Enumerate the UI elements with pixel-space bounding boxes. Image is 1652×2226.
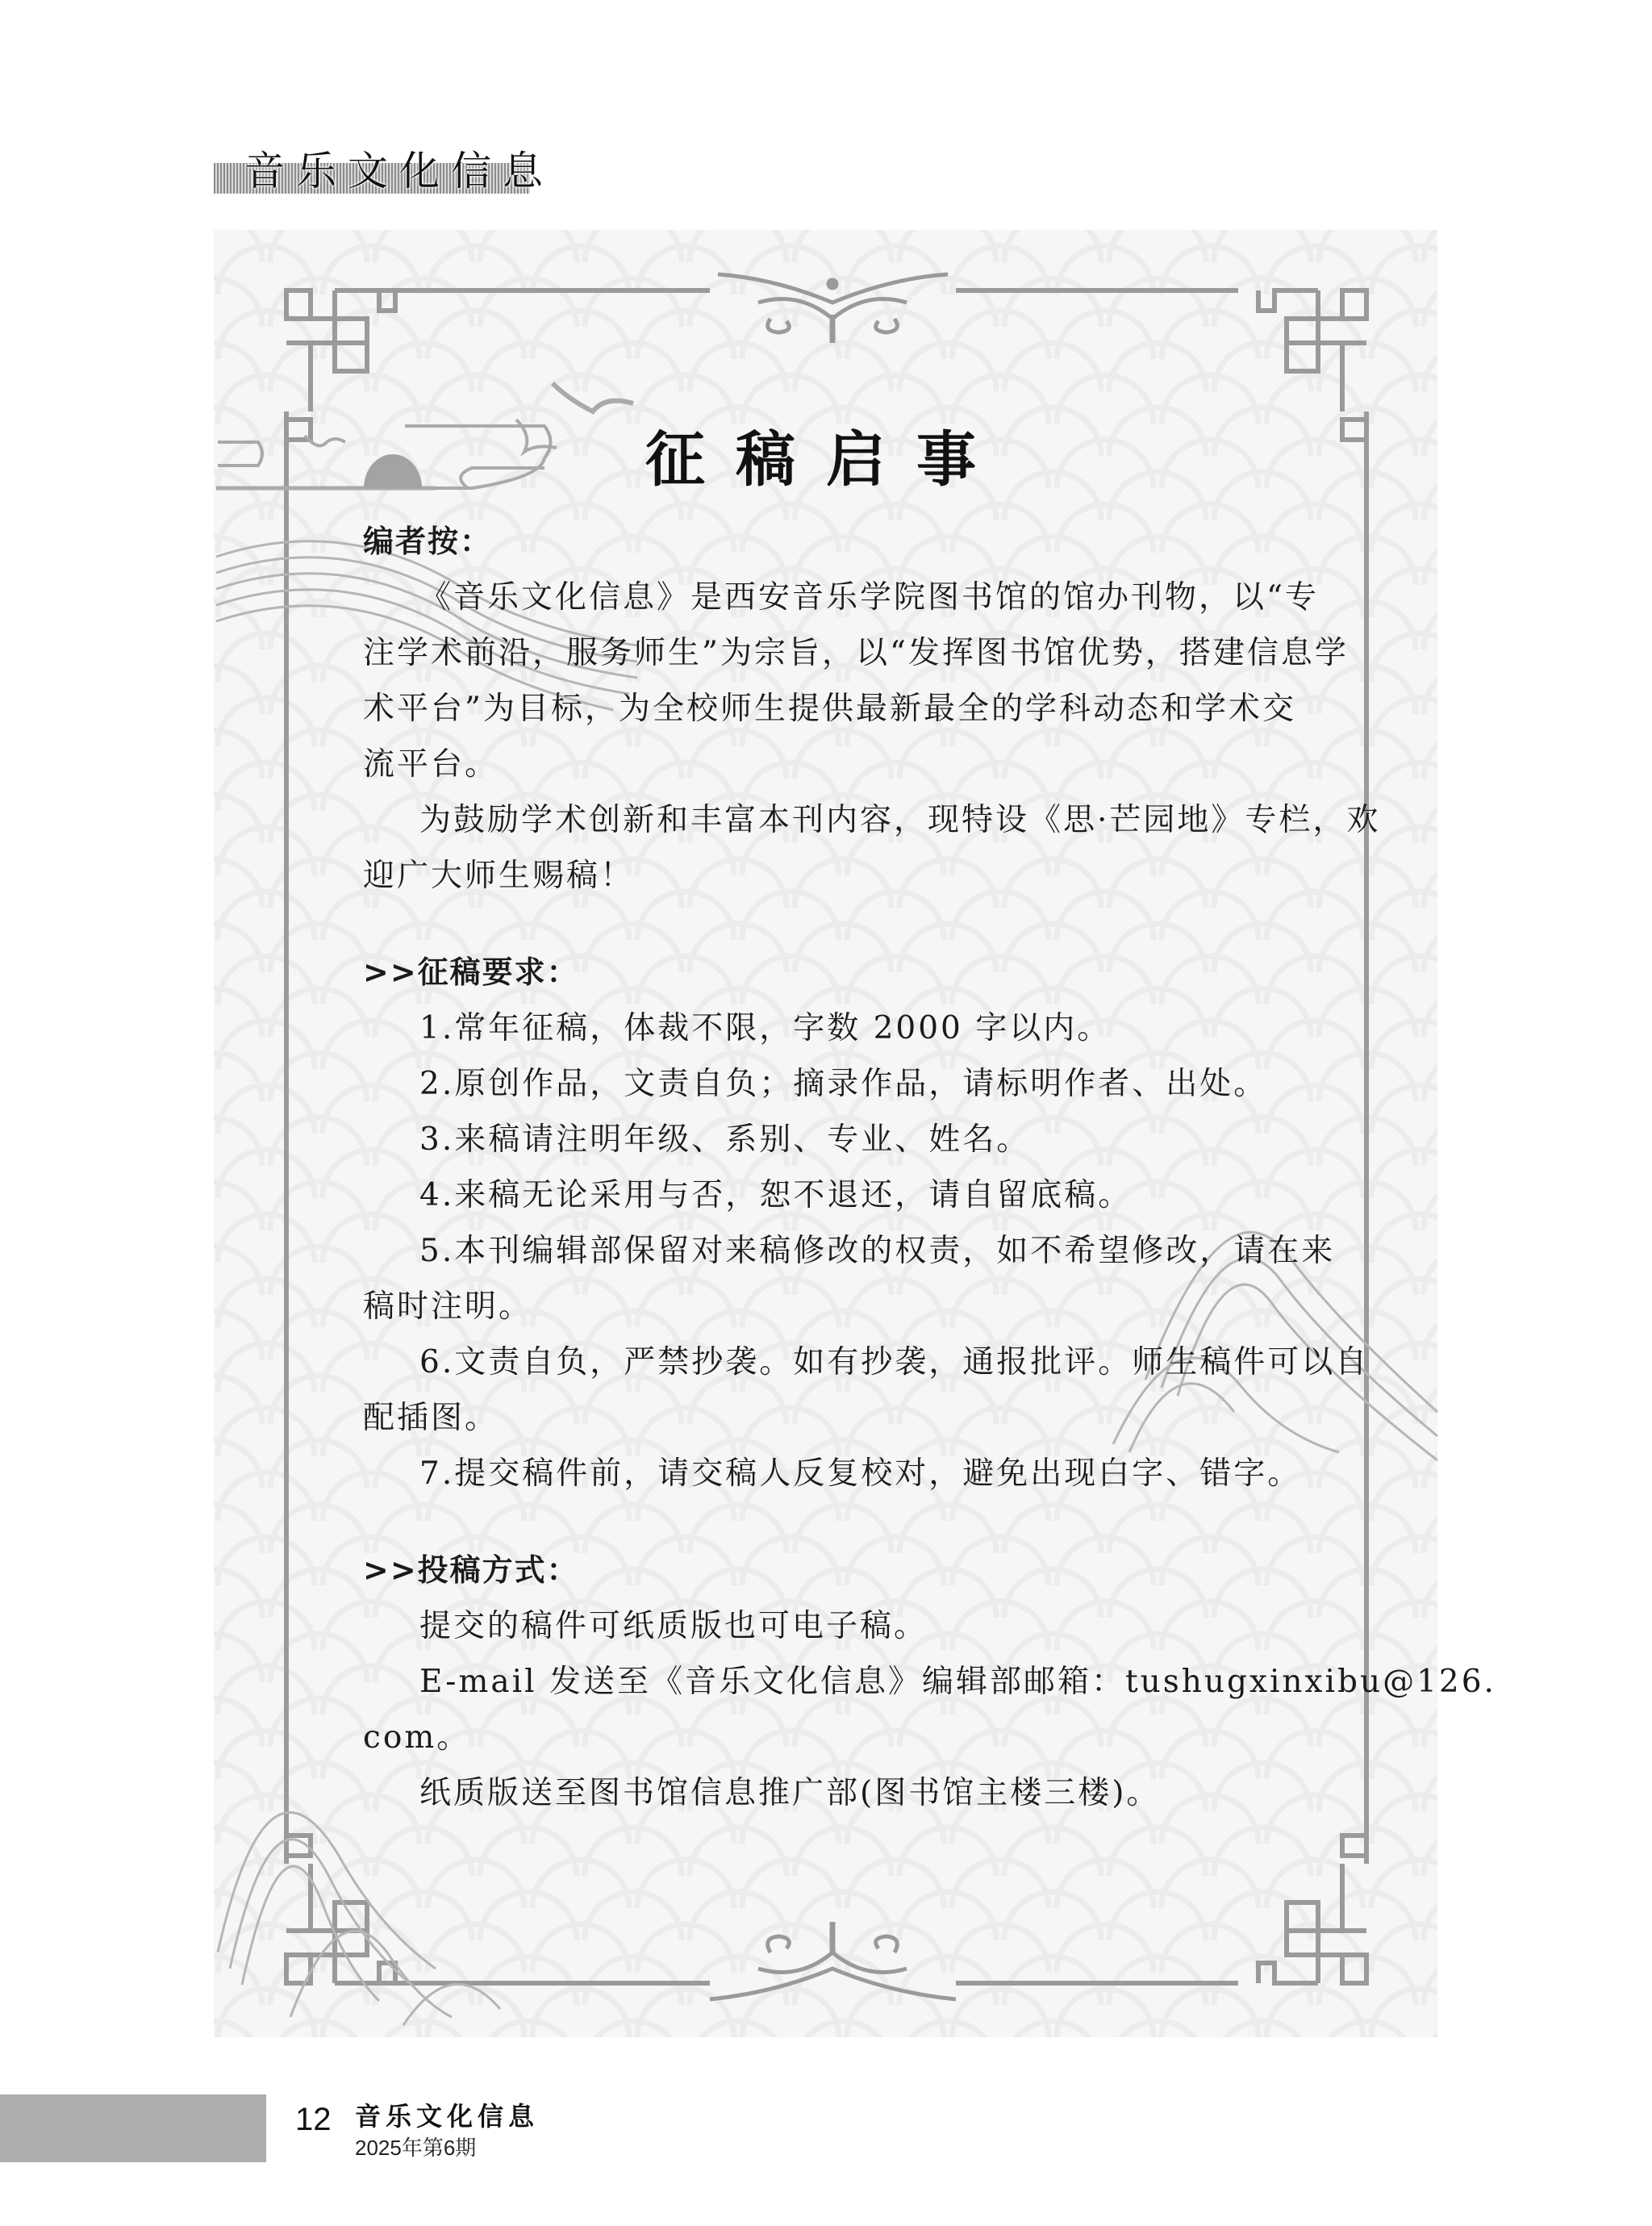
editor-note-line: 术平台”为目标，为全校师生提供最新最全的学科动态和学术交 xyxy=(363,681,1291,737)
submission-email-line: E-mail 发送至《音乐文化信息》编辑部邮箱：tushugxinxibu@12… xyxy=(363,1654,1291,1710)
requirement-item: 5.本刊编辑部保留对来稿修改的权责，如不希望修改，请在来 xyxy=(363,1223,1291,1279)
submission-heading: >>投稿方式： xyxy=(363,1543,1291,1598)
notice-body: 编者按： 《音乐文化信息》是西安音乐学院图书馆的馆办刊物，以“专 注学术前沿，服… xyxy=(363,514,1291,1821)
requirement-item: 3.来稿请注明年级、系别、专业、姓名。 xyxy=(363,1112,1291,1167)
requirement-item-cont: 稿时注明。 xyxy=(363,1279,1291,1334)
footer-magazine-title: 音乐文化信息 xyxy=(355,2100,539,2132)
sun-cloud-illustration xyxy=(216,383,633,488)
editor-note-heading: 编者按： xyxy=(363,514,1291,570)
footer-issue: 2025年第6期 xyxy=(355,2134,476,2161)
submission-line: 纸质版送至图书馆信息推广部(图书馆主楼三楼)。 xyxy=(363,1765,1291,1821)
requirement-item: 4.来稿无论采用与否，恕不退还，请自留底稿。 xyxy=(363,1167,1291,1223)
bottom-ornament-icon xyxy=(710,1922,956,1999)
requirement-item: 2.原创作品，文责自负；摘录作品，请标明作者、出处。 xyxy=(363,1056,1291,1112)
requirement-item: 6.文责自负，严禁抄袭。如有抄袭，通报批评。师生稿件可以自 xyxy=(363,1334,1291,1390)
page-number: 12 xyxy=(295,2099,332,2140)
footer-bar xyxy=(0,2094,266,2162)
requirement-item-cont: 配插图。 xyxy=(363,1390,1291,1446)
editor-note-line: 流平台。 xyxy=(363,737,1291,792)
requirement-item: 7.提交稿件前，请交稿人反复校对，避免出现白字、错字。 xyxy=(363,1446,1291,1501)
notice-title: 征稿启事 xyxy=(645,420,1007,500)
sun-icon xyxy=(364,454,422,488)
requirements-heading: >>征稿要求： xyxy=(363,945,1291,1000)
editor-note-line: 《音乐文化信息》是西安音乐学院图书馆的馆办刊物，以“专 xyxy=(363,570,1291,625)
editor-note-line: 为鼓励学术创新和丰富本刊内容，现特设《思·芒园地》专栏，欢 xyxy=(363,792,1291,848)
editor-note-line: 迎广大师生赐稿！ xyxy=(363,848,1291,904)
editor-note-line: 注学术前沿，服务师生”为宗旨，以“发挥图书馆优势，搭建信息学 xyxy=(363,625,1291,681)
requirement-item: 1.常年征稿，体裁不限，字数 2000 字以内。 xyxy=(363,1000,1291,1056)
submission-email-cont: com。 xyxy=(363,1710,1291,1765)
submission-line: 提交的稿件可纸质版也可电子稿。 xyxy=(363,1598,1291,1654)
top-ornament-icon xyxy=(718,274,948,343)
